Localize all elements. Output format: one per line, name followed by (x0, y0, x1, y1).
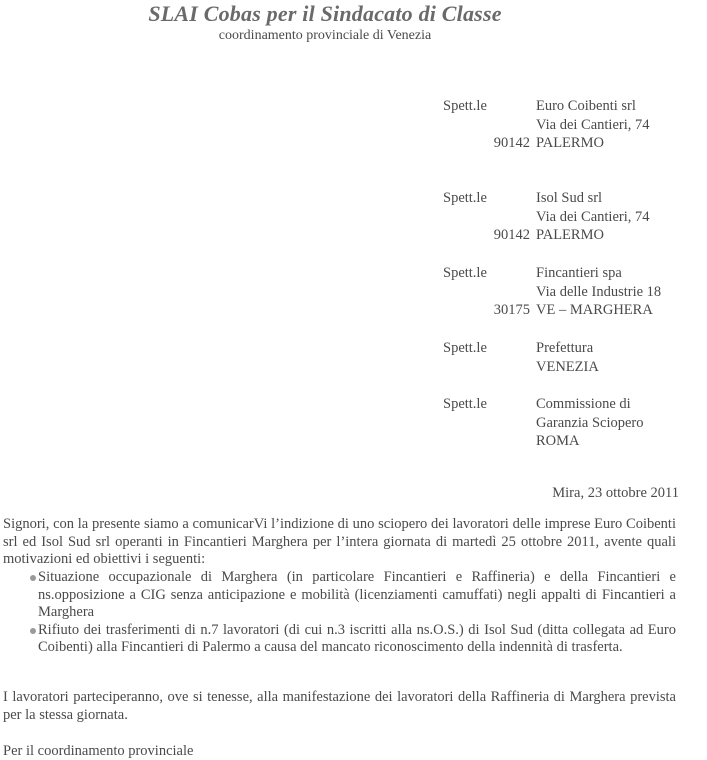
closing-paragraph: I lavoratori parteciperanno, ove si tene… (3, 689, 676, 724)
address-text: Via dei Cantieri, 74 (536, 117, 650, 133)
address-text: Via dei Cantieri, 74 (536, 209, 650, 225)
list-item: Situazione occupazionale di Marghera (in… (3, 569, 676, 622)
recipient-lines: Euro Coibenti srlVia dei Cantieri, 74901… (536, 97, 650, 153)
bullet-text: Rifiuto dei trasferimenti di n.7 lavorat… (38, 622, 676, 656)
closing-text: I lavoratori parteciperanno, ove si tene… (3, 689, 676, 724)
address-line: Prefettura (536, 339, 599, 358)
address-text: Garanzia Sciopero (536, 415, 644, 431)
bullet-text: Situazione occupazionale di Marghera (in… (38, 569, 676, 620)
recipient-salutation: Spett.le (443, 97, 487, 116)
intro-text: Signori, con la presente siamo a comunic… (3, 516, 676, 569)
address-text: ROMA (536, 433, 580, 449)
motivations-list: Situazione occupazionale di Marghera (in… (3, 569, 676, 657)
recipient-salutation: Spett.le (443, 264, 487, 283)
recipient-salutation: Spett.le (443, 395, 487, 414)
address-text: Fincantieri spa (536, 265, 622, 281)
address-text: VENEZIA (536, 359, 599, 375)
recipient-salutation: Spett.le (443, 189, 487, 208)
address-line: Via dei Cantieri, 74 (536, 208, 650, 227)
letterhead-title: SLAI Cobas per il Sindacato di Classe (0, 1, 650, 27)
recipient-lines: Fincantieri spaVia delle Industrie 18301… (536, 264, 661, 320)
address-text: PALERMO (536, 227, 604, 243)
bullet-icon (30, 575, 36, 581)
bullet-icon (30, 628, 36, 634)
recipient-lines: PrefetturaVENEZIA (536, 339, 599, 376)
address-line: ROMA (536, 432, 644, 451)
address-text: VE – MARGHERA (536, 302, 653, 318)
letter-date: Mira, 23 ottobre 2011 (552, 485, 679, 502)
address-text: Isol Sud srl (536, 190, 602, 206)
address-text: Commissione di (536, 396, 631, 412)
address-text: Via delle Industrie 18 (536, 284, 661, 300)
address-line: VENEZIA (536, 358, 599, 377)
address-line: Commissione di (536, 395, 644, 414)
address-text: Prefettura (536, 340, 593, 356)
list-item: Rifiuto dei trasferimenti di n.7 lavorat… (3, 622, 676, 657)
address-text: Euro Coibenti srl (536, 98, 636, 114)
recipient-salutation: Spett.le (443, 339, 487, 358)
address-line: Via dei Cantieri, 74 (536, 116, 650, 135)
address-line: 30175VE – MARGHERA (536, 301, 661, 320)
intro-paragraph: Signori, con la presente siamo a comunic… (3, 516, 676, 569)
address-line: Isol Sud srl (536, 189, 650, 208)
postal-code: 30175 (494, 301, 530, 320)
address-line: Garanzia Sciopero (536, 414, 644, 433)
address-line: 90142PALERMO (536, 226, 650, 245)
postal-code: 90142 (494, 226, 530, 245)
recipient-lines: Isol Sud srlVia dei Cantieri, 7490142PAL… (536, 189, 650, 245)
address-line: 90142PALERMO (536, 134, 650, 153)
address-line: Fincantieri spa (536, 264, 661, 283)
address-text: PALERMO (536, 135, 604, 151)
address-line: Euro Coibenti srl (536, 97, 650, 116)
recipient-lines: Commissione diGaranzia ScioperoROMA (536, 395, 644, 451)
postal-code: 90142 (494, 134, 530, 153)
letterhead-subtitle: coordinamento provinciale di Venezia (0, 28, 650, 44)
address-line: Via delle Industrie 18 (536, 283, 661, 302)
signoff: Per il coordinamento provinciale (3, 743, 193, 760)
